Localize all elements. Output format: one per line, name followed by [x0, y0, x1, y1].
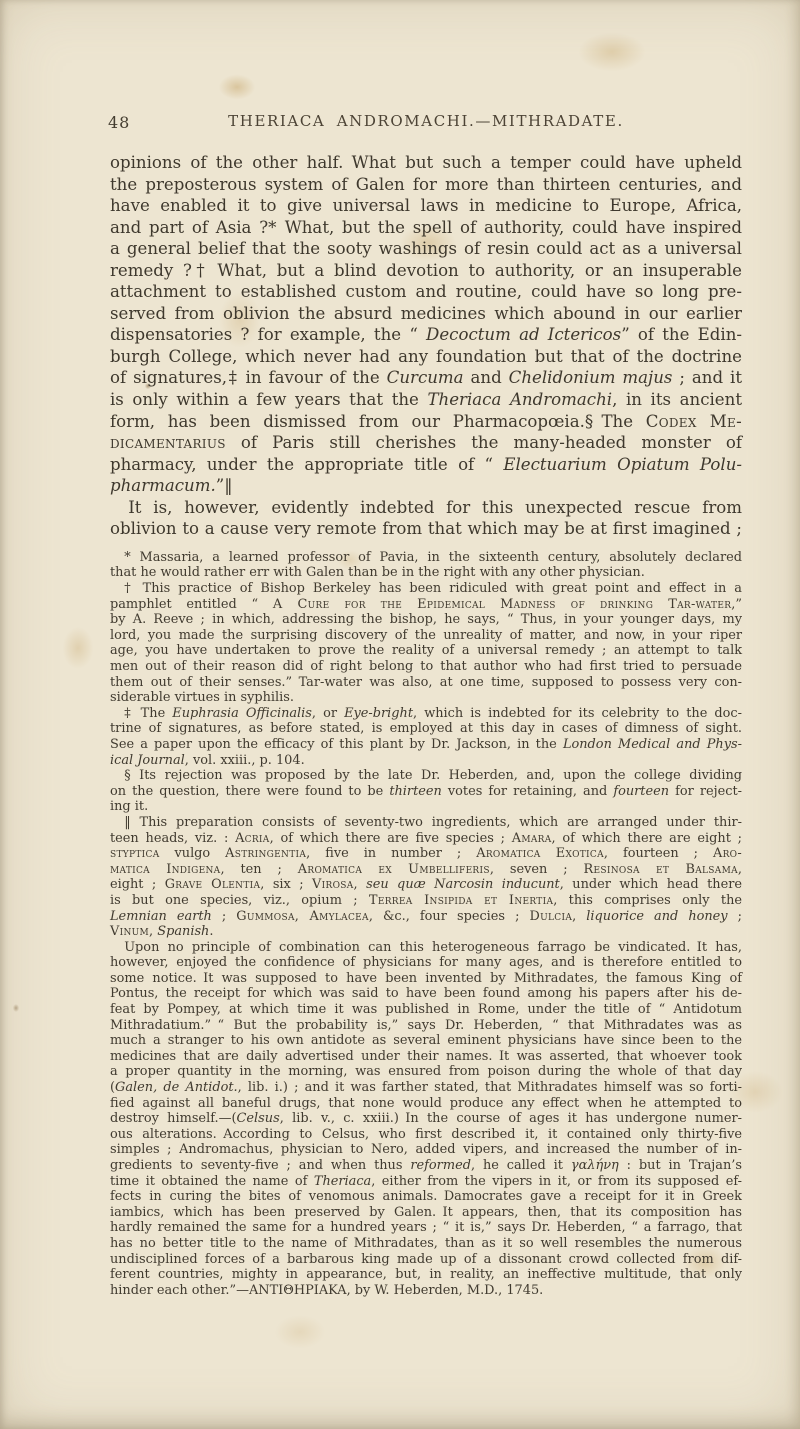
text-line: opinions of the other half. What but suc… [110, 152, 742, 174]
text-line: ‖ This preparation consists of seventy-t… [110, 815, 742, 831]
text-line: fied against all baneful drugs, that non… [110, 1096, 742, 1112]
body-text: on the question, there were found to be [110, 784, 389, 799]
italic-text: London Medical and Phys- [563, 737, 742, 752]
body-text: has no better title to the name of Mithr… [110, 1236, 742, 1251]
body-text: destroy himself.—( [110, 1111, 237, 1126]
italic-text: seu quæ Narcosin inducunt [366, 877, 560, 892]
italic-text: thirteen [389, 784, 442, 799]
page-number: 48 [108, 113, 130, 132]
body-text: attachment to established custom and rou… [110, 282, 742, 301]
small-caps-text: Aro- [713, 846, 742, 861]
italic-text: Galen, de Antidot. [115, 1080, 238, 1095]
text-line: (Galen, de Antidot., lib. i.) ; and it w… [110, 1080, 742, 1096]
small-caps-text: Resinosa et Balsama [584, 862, 738, 877]
text-line: § Its rejection was proposed by the late… [110, 768, 742, 784]
text-line: Mithradatium.” “ But the probability is,… [110, 1018, 742, 1034]
text-line: See a paper upon the efficacy of this pl… [110, 737, 742, 753]
body-text: ; [212, 909, 236, 924]
italic-text: Decoctum ad Ictericos [426, 325, 621, 344]
text-line: pharmacy, under the appropriate title of… [110, 454, 742, 476]
text-line: fects in curing the bites of venomous an… [110, 1189, 742, 1205]
body-text: , lib. v., c. xxiii.) In the course of a… [280, 1111, 742, 1126]
body-text: vulgo [160, 846, 226, 861]
text-line: trine of signatures, as before stated, i… [110, 721, 742, 737]
body-text: eight ; [110, 877, 165, 892]
body-text: hinder each other.”—ANTIΘHPIAKA, by W. H… [110, 1283, 543, 1298]
text-line: the preposterous system of Galen for mor… [110, 174, 742, 196]
body-text: a proper quantity in the morning, was en… [110, 1064, 742, 1079]
body-text: a general belief that the sooty washings… [110, 239, 742, 258]
body-text: simples ; Andromachus, physician to Nero… [110, 1142, 742, 1157]
main-text-block: opinions of the other half. What but suc… [110, 152, 742, 540]
text-line: is only within a few years that the Ther… [110, 389, 742, 411]
text-line: ‡ The Euphrasia Officinalis, or Eye-brig… [110, 706, 742, 722]
text-line: destroy himself.—(Celsus, lib. v., c. xx… [110, 1111, 742, 1127]
italic-text: Spanish [157, 924, 209, 939]
body-text: , [738, 862, 742, 877]
italic-text: reformed [410, 1158, 471, 1173]
body-text: feat by Pompey, at which time it was pub… [110, 1002, 742, 1017]
small-caps-text: Aromatica ex Umbelliferis [298, 862, 490, 877]
italic-text: Electuarium Opiatum Polu- [503, 455, 742, 474]
body-text: that he would rather err with Galen than… [110, 565, 645, 580]
body-text: , ten ; [220, 862, 297, 877]
body-text: siderable virtues in syphilis. [110, 690, 294, 705]
body-text: ; and it [672, 368, 742, 387]
body-text: of signatures,‡ in favour of the [110, 368, 387, 387]
text-line: styptica vulgo Astringentia, five in num… [110, 846, 742, 862]
body-text: , either from the vipers in it, or from … [371, 1174, 742, 1189]
body-text: Mithradatium.” “ But the probability is,… [110, 1018, 742, 1033]
paragraph: § Its rejection was proposed by the late… [110, 768, 742, 815]
body-text: , fourteen ; [604, 846, 713, 861]
page-header: 48 THERIACA ANDROMACHI.—MITHRADATE. [110, 112, 742, 132]
italic-text: Eye-bright [344, 706, 413, 721]
small-caps-text: Grave Olentia [165, 877, 261, 892]
small-caps-text: Gummosa, Amylacea [236, 909, 369, 924]
text-line: that he would rather err with Galen than… [110, 565, 742, 581]
small-caps-text: Virosa [312, 877, 353, 892]
body-text: , he called it [471, 1158, 571, 1173]
text-line: time it obtained the name of Theriaca, e… [110, 1174, 742, 1190]
body-text: served from oblivion the absurd medicine… [110, 304, 742, 323]
body-text: ‡ The [124, 706, 172, 721]
text-line: † This practice of Bishop Berkeley has b… [110, 581, 742, 597]
paragraph: Upon no principle of combination can thi… [110, 940, 742, 1299]
body-text: , under which head there [560, 877, 742, 892]
italic-text: liquorice and honey [586, 909, 727, 924]
text-line: them out of their senses.” Tar-water was… [110, 675, 742, 691]
body-text: Pontus, the receipt for which was said t… [110, 986, 742, 1001]
text-line: matica Indigena, ten ; Aromatica ex Umbe… [110, 862, 742, 878]
body-text: however, enjoyed the confidence of physi… [110, 955, 742, 970]
body-text: , [354, 877, 367, 892]
body-text: have enabled it to give universal laws i… [110, 196, 742, 215]
text-line: Vinum, Spanish. [110, 924, 742, 940]
small-caps-text: Codex Me- [646, 412, 742, 431]
text-line: feat by Pompey, at which time it was pub… [110, 1002, 742, 1018]
body-text: ” of the Edin- [621, 325, 742, 344]
paragraph: ‖ This preparation consists of seventy-t… [110, 815, 742, 940]
text-line: burgh College, which never had any found… [110, 346, 742, 368]
body-text: teen heads, viz. : [110, 831, 235, 846]
text-line: have enabled it to give universal laws i… [110, 195, 742, 217]
body-text: by A. Reeve ; in which, addressing the b… [110, 612, 742, 627]
text-line: is but one species, viz., opium ; Terrea… [110, 893, 742, 909]
text-line: medicines that are daily advertised unde… [110, 1049, 742, 1065]
small-caps-text: Astringentia [225, 846, 306, 861]
body-text: , seven ; [490, 862, 584, 877]
body-text: of Paris still cherishes the many-headed… [226, 433, 742, 452]
italic-text: ical Journal [110, 753, 185, 768]
paragraph: ‡ The Euphrasia Officinalis, or Eye-brig… [110, 706, 742, 768]
text-line: some notice. It was supposed to have bee… [110, 971, 742, 987]
body-text: Upon no principle of combination can thi… [124, 940, 742, 955]
body-text: opinions of the other half. What but suc… [110, 153, 742, 172]
body-text: pharmacy, under the appropriate title of… [110, 455, 503, 474]
body-text: , of which there are five species ; [270, 831, 512, 846]
body-text: , [572, 909, 586, 924]
text-line: men out of their reason did of right bel… [110, 659, 742, 675]
body-text: , or [312, 706, 344, 721]
book-page-scan: 48 THERIACA ANDROMACHI.—MITHRADATE. opin… [0, 0, 800, 1429]
body-text: time it obtained the name of [110, 1174, 314, 1189]
text-line: by A. Reeve ; in which, addressing the b… [110, 612, 742, 628]
body-text: , in its ancient [612, 390, 742, 409]
body-text: votes for retaining, and [442, 784, 613, 799]
text-line: a proper quantity in the morning, was en… [110, 1064, 742, 1080]
body-text: , vol. xxiii., p. 104. [185, 753, 305, 768]
body-text: , five in number ; [306, 846, 476, 861]
text-line: remedy ?† What, but a blind devotion to … [110, 260, 742, 282]
body-text: men out of their reason did of right bel… [110, 659, 742, 674]
running-title: THERIACA ANDROMACHI.—MITHRADATE. [110, 112, 742, 130]
body-text: See a paper upon the efficacy of this pl… [110, 737, 563, 752]
body-text: is only within a few years that the [110, 390, 427, 409]
small-caps-text: Acria [235, 831, 270, 846]
text-line: oblivion to a cause very remote from tha… [110, 518, 742, 540]
paragraph: † This practice of Bishop Berkeley has b… [110, 581, 742, 706]
body-text: ”‖ [216, 476, 233, 495]
body-text: * Massaria, a learned professor of Pavia… [124, 550, 742, 565]
text-line: attachment to established custom and rou… [110, 281, 742, 303]
text-line: lord, you made the surprising discovery … [110, 628, 742, 644]
body-text: : but in Trajan’s [619, 1158, 742, 1173]
text-line: form, has been dismissed from our Pharma… [110, 411, 742, 433]
italic-text: Celsus [237, 1111, 280, 1126]
page-content: 48 THERIACA ANDROMACHI.—MITHRADATE. opin… [110, 112, 742, 1298]
body-text: much a stranger to his own antidote as s… [110, 1033, 742, 1048]
body-text: ,” [731, 597, 742, 612]
italic-text: Euphrasia Officinalis [172, 706, 312, 721]
small-caps-text: Aromatica Exotica [476, 846, 604, 861]
small-caps-text: dicamentarius [110, 433, 226, 452]
text-line: hardly remained the same for a hundred y… [110, 1220, 742, 1236]
italic-text: fourteen [613, 784, 669, 799]
text-line: gredients to seventy-five ; and when thu… [110, 1158, 742, 1174]
body-text: It is, however, evidently indebted for t… [128, 498, 742, 517]
body-text: burgh College, which never had any found… [110, 347, 742, 366]
footnotes-block: * Massaria, a learned professor of Pavia… [110, 550, 742, 1299]
body-text: † This practice of Bishop Berkeley has b… [124, 581, 742, 596]
body-text: § Its rejection was proposed by the late… [124, 768, 742, 783]
paragraph: opinions of the other half. What but suc… [110, 152, 742, 497]
body-text: ing it. [110, 799, 148, 814]
body-text: ‖ This preparation consists of seventy-t… [124, 815, 742, 830]
small-caps-text: Terrea Insipida et Inertia [369, 893, 553, 908]
text-line: much a stranger to his own antidote as s… [110, 1033, 742, 1049]
text-line: It is, however, evidently indebted for t… [110, 497, 742, 519]
body-text: ferent countries, mighty in appearance, … [110, 1267, 742, 1282]
text-line: age, you have undertaken to prove the re… [110, 643, 742, 659]
text-line: pharmacum.”‖ [110, 475, 742, 497]
small-caps-text: Vinum [110, 924, 149, 939]
text-line: and part of Asia ?* What, but the spell … [110, 217, 742, 239]
small-caps-text: Dulcia [529, 909, 572, 924]
body-text: remedy ?† What, but a blind devotion to … [110, 261, 742, 280]
body-text: pamphlet entitled “ [110, 597, 273, 612]
body-text: . [209, 924, 213, 939]
body-text: ous alterations. According to Celsus, wh… [110, 1127, 742, 1142]
body-text: and part of Asia ?* What, but the spell … [110, 218, 742, 237]
body-text: hardly remained the same for a hundred y… [110, 1220, 742, 1235]
text-line: however, enjoyed the confidence of physi… [110, 955, 742, 971]
text-line: iambics, which has been preserved by Gal… [110, 1205, 742, 1221]
paragraph: * Massaria, a learned professor of Pavia… [110, 550, 742, 581]
body-text: trine of signatures, as before stated, i… [110, 721, 742, 736]
text-line: Upon no principle of combination can thi… [110, 940, 742, 956]
text-line: of signatures,‡ in favour of the Curcuma… [110, 367, 742, 389]
text-line: ical Journal, vol. xxiii., p. 104. [110, 753, 742, 769]
italic-text: Curcuma [387, 368, 464, 387]
text-line: a general belief that the sooty washings… [110, 238, 742, 260]
italic-text: Theriaca [314, 1174, 371, 1189]
body-text: age, you have undertaken to prove the re… [110, 643, 742, 658]
text-line: on the question, there were found to be … [110, 784, 742, 800]
body-text: fects in curing the bites of venomous an… [110, 1189, 742, 1204]
small-caps-text: styptica [110, 846, 160, 861]
small-caps-text: matica Indigena [110, 862, 220, 877]
text-line: dispensatories ? for example, the “ Deco… [110, 324, 742, 346]
text-line: Lemnian earth ; Gummosa, Amylacea, &c., … [110, 909, 742, 925]
text-line: Pontus, the receipt for which was said t… [110, 986, 742, 1002]
body-text: form, has been dismissed from our Pharma… [110, 412, 646, 431]
italic-text: Theriaca Andromachi [427, 390, 612, 409]
text-line: served from oblivion the absurd medicine… [110, 303, 742, 325]
body-text: , lib. i.) ; and it was farther stated, … [238, 1080, 742, 1095]
body-text: lord, you made the surprising discovery … [110, 628, 742, 643]
body-text: and [464, 368, 509, 387]
text-line: * Massaria, a learned professor of Pavia… [110, 550, 742, 566]
body-text: dispensatories ? for example, the “ [110, 325, 426, 344]
body-text: iambics, which has been preserved by Gal… [110, 1205, 742, 1220]
body-text: gredients to seventy-five ; and when thu… [110, 1158, 410, 1173]
small-caps-text: A Cure for the Epidemical Madness of dri… [273, 597, 731, 612]
body-text: them out of their senses.” Tar-water was… [110, 675, 742, 690]
body-text: fied against all baneful drugs, that non… [110, 1096, 742, 1111]
body-text: , &c., four species ; [369, 909, 530, 924]
text-line: ous alterations. According to Celsus, wh… [110, 1127, 742, 1143]
text-line: has no better title to the name of Mithr… [110, 1236, 742, 1252]
body-text: is but one species, viz., opium ; [110, 893, 369, 908]
body-text: oblivion to a cause very remote from tha… [110, 519, 742, 538]
small-caps-text: Amara [512, 831, 552, 846]
italic-text: Chelidonium majus [509, 368, 673, 387]
italic-text: Lemnian earth [110, 909, 212, 924]
body-text: ; [728, 909, 742, 924]
text-line: simples ; Andromachus, physician to Nero… [110, 1142, 742, 1158]
body-text: , which is indebted for its celebrity to… [413, 706, 742, 721]
body-text: , six ; [260, 877, 312, 892]
italic-text: pharmacum. [110, 476, 216, 495]
text-line: undisciplined forces of a barbarous king… [110, 1252, 742, 1268]
text-line: pamphlet entitled “ A Cure for the Epide… [110, 597, 742, 613]
body-text: , this comprises only the [553, 893, 742, 908]
body-text: for reject- [669, 784, 742, 799]
text-line: siderable virtues in syphilis. [110, 690, 742, 706]
text-line: ferent countries, mighty in appearance, … [110, 1267, 742, 1283]
paragraph: It is, however, evidently indebted for t… [110, 497, 742, 540]
italic-text: γαλήνη [571, 1158, 619, 1173]
body-text: some notice. It was supposed to have bee… [110, 971, 742, 986]
text-line: teen heads, viz. : Acria, of which there… [110, 831, 742, 847]
body-text: medicines that are daily advertised unde… [110, 1049, 742, 1064]
text-line: ing it. [110, 799, 742, 815]
text-line: dicamentarius of Paris still cherishes t… [110, 432, 742, 454]
body-text: , of which there are eight ; [552, 831, 742, 846]
body-text: undisciplined forces of a barbarous king… [110, 1252, 742, 1267]
text-line: hinder each other.”—ANTIΘHPIAKA, by W. H… [110, 1283, 742, 1299]
text-line: eight ; Grave Olentia, six ; Virosa, seu… [110, 877, 742, 893]
body-text: the preposterous system of Galen for mor… [110, 175, 742, 194]
